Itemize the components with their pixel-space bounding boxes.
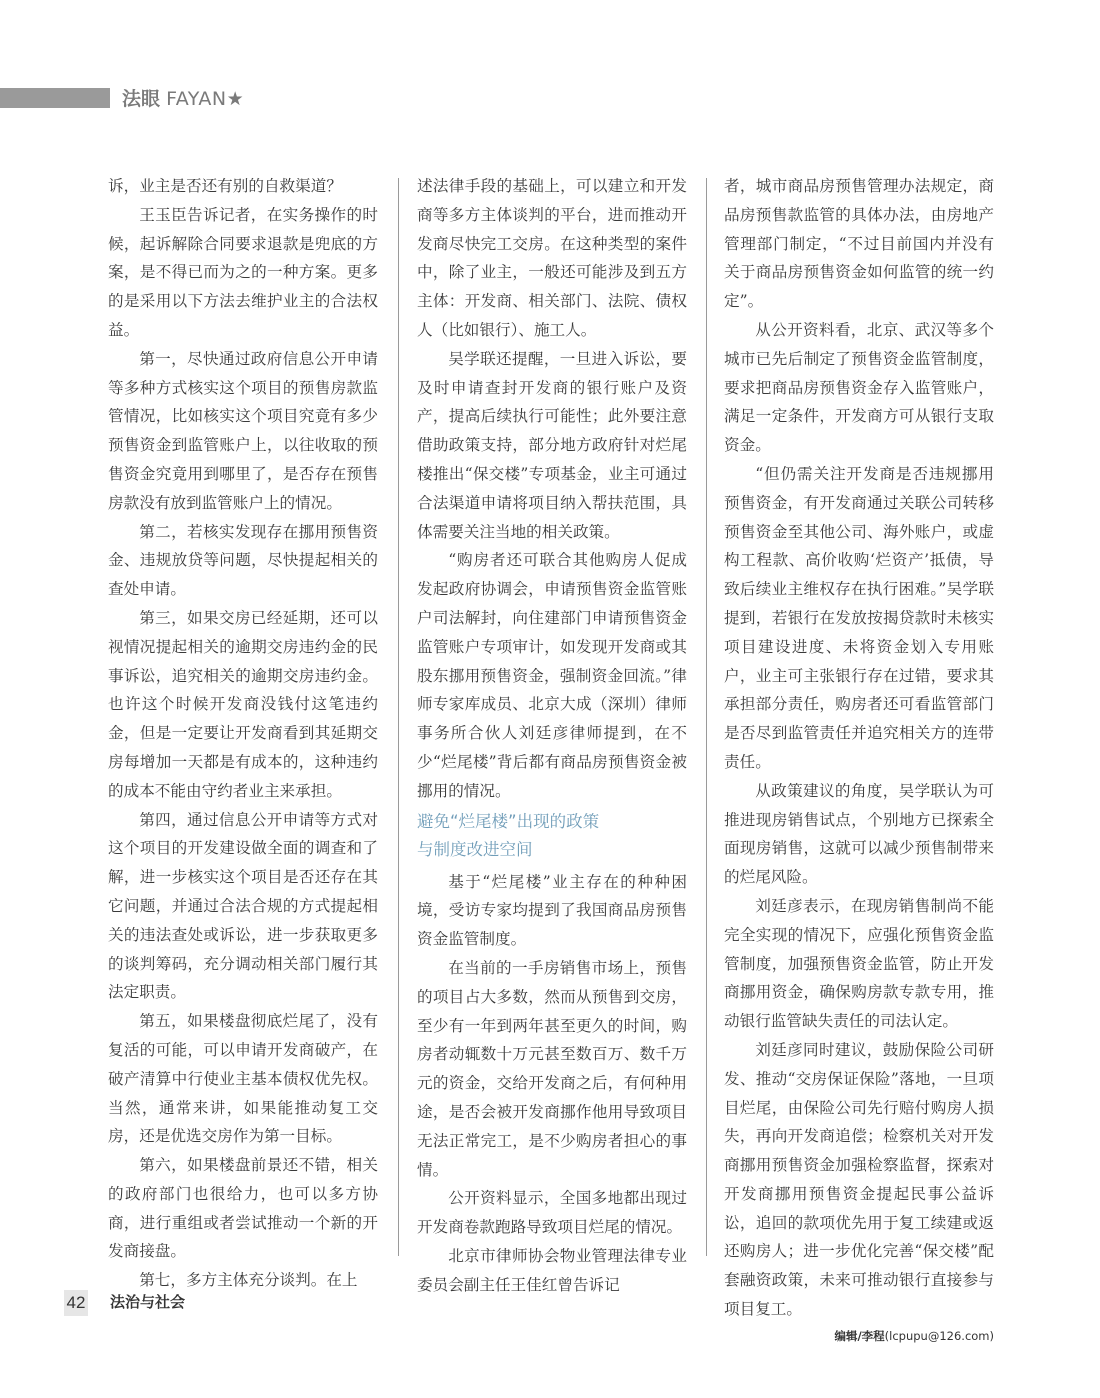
paragraph: 吴学联还提醒，一旦进入诉讼，要及时申请查封开发商的银行账户及资产，提高后续执行可…: [417, 345, 687, 547]
paragraph: 诉，业主是否还有别的自救渠道？: [108, 172, 378, 201]
paragraph: 刘廷彦表示，在现房销售制尚不能完全实现的情况下，应强化预售资金监管制度，加强预售…: [724, 892, 994, 1036]
paragraph: 者，城市商品房预售管理办法规定，商品房预售款监管的具体办法，由房地产管理部门制定…: [724, 172, 994, 316]
section-heading: 避免“烂尾楼”出现的政策 与制度改进空间: [417, 808, 687, 864]
paragraph: 北京市律师协会物业管理法律专业委员会副主任王佳红曾告诉记: [417, 1242, 687, 1300]
article-column-1: 诉，业主是否还有别的自救渠道？ 王玉臣告诉记者，在实务操作的时候，起诉解除合同要…: [108, 172, 378, 1295]
page-number: 42: [64, 1290, 88, 1316]
column-divider: [706, 178, 707, 1256]
paragraph: “但仍需关注开发商是否违规挪用预售资金，有开发商通过关联公司转移预售资金至其他公…: [724, 460, 994, 777]
editor-label: 编辑/李程: [834, 1329, 884, 1343]
section-heading-line: 避免“烂尾楼”出现的政策: [417, 808, 687, 836]
section-header: 法眼 FAYAN★: [122, 84, 244, 111]
paragraph: 第一，尽快通过政府信息公开申请等多种方式核实这个项目的预售房款监管情况，比如核实…: [108, 345, 378, 518]
paragraph: 从政策建议的角度，吴学联认为可推进现房销售试点，个别地方已探索全面现房销售，这就…: [724, 777, 994, 892]
section-heading-line: 与制度改进空间: [417, 836, 687, 864]
editor-credit: 编辑/李程(lcpupu@126.com): [724, 1324, 994, 1348]
magazine-name: 法治与社会: [110, 1291, 185, 1312]
paragraph: 刘廷彦同时建议，鼓励保险公司研发、推动“交房保证保险”落地，一旦项目烂尾，由保险…: [724, 1036, 994, 1324]
section-title-cn: 法眼: [122, 88, 160, 110]
article-column-2: 述法律手段的基础上，可以建立和开发商等多方主体谈判的平台，进而推动开发商尽快完工…: [417, 172, 687, 1299]
header-decorative-bar: [0, 88, 110, 108]
paragraph: 在当前的一手房销售市场上，预售的项目占大多数，然而从预售到交房，至少有一年到两年…: [417, 954, 687, 1184]
column-divider: [398, 178, 399, 1256]
paragraph: 述法律手段的基础上，可以建立和开发商等多方主体谈判的平台，进而推动开发商尽快完工…: [417, 172, 687, 345]
paragraph: 第六，如果楼盘前景还不错，相关的政府部门也很给力，也可以多方协商，进行重组或者尝…: [108, 1151, 378, 1266]
article-column-3: 者，城市商品房预售管理办法规定，商品房预售款监管的具体办法，由房地产管理部门制定…: [724, 172, 994, 1348]
paragraph: 第二，若核实发现存在挪用预售资金、违规放贷等问题，尽快提起相关的查处申请。: [108, 518, 378, 604]
paragraph: 第五，如果楼盘彻底烂尾了，没有复活的可能，可以申请开发商破产，在破产清算中行使业…: [108, 1007, 378, 1151]
editor-email: (lcpupu@126.com): [885, 1329, 994, 1343]
paragraph: 王玉臣告诉记者，在实务操作的时候，起诉解除合同要求退款是兜底的方案，是不得已而为…: [108, 201, 378, 345]
paragraph: “购房者还可联合其他购房人促成发起政府协调会，申请预售资金监管账户司法解封，向住…: [417, 546, 687, 805]
paragraph: 从公开资料看，北京、武汉等多个城市已先后制定了预售资金监管制度，要求把商品房预售…: [724, 316, 994, 460]
paragraph: 第三，如果交房已经延期，还可以视情况提起相关的逾期交房违约金的民事诉讼，追究相关…: [108, 604, 378, 806]
section-title-en: FAYAN: [166, 88, 227, 110]
paragraph: 第四，通过信息公开申请等方式对这个项目的开发建设做全面的调查和了解，进一步核实这…: [108, 806, 378, 1008]
paragraph: 公开资料显示，全国多地都出现过开发商卷款跑路导致项目烂尾的情况。: [417, 1184, 687, 1242]
star-icon: ★: [227, 88, 244, 110]
paragraph: 基于“烂尾楼”业主存在的种种困境，受访专家均提到了我国商品房预售资金监管制度。: [417, 868, 687, 954]
